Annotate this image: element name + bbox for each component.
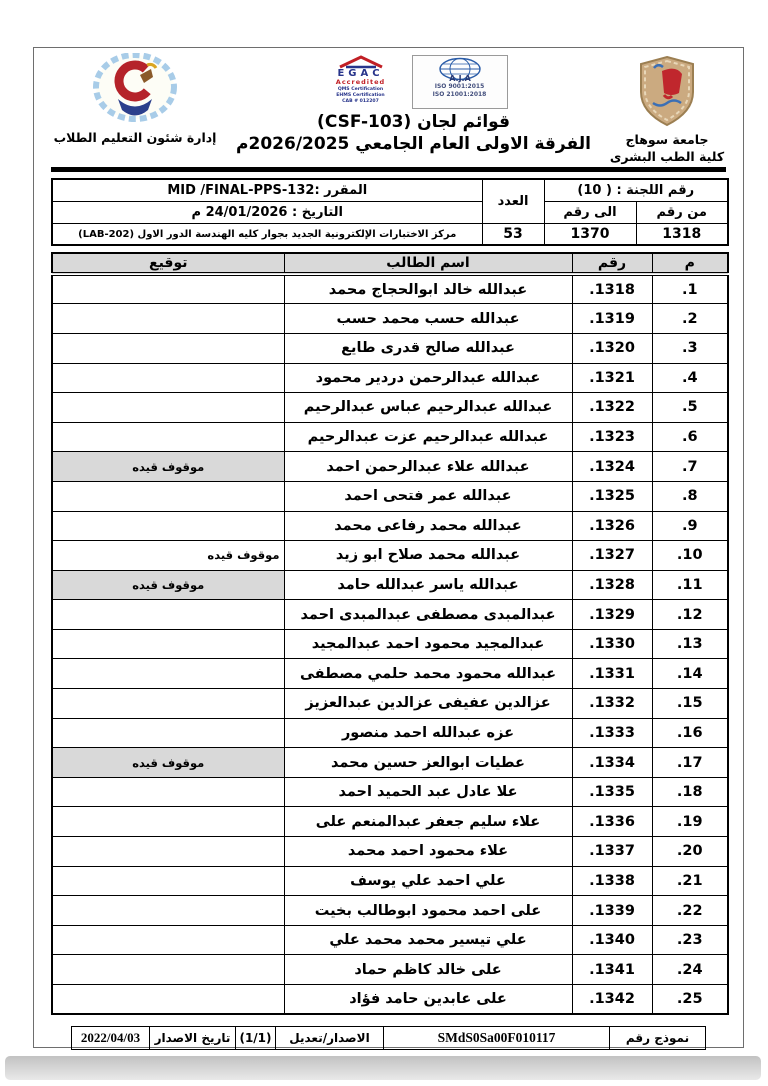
number-cell: 1339. — [572, 896, 652, 926]
egac-accredited-label: Accredited — [336, 79, 385, 87]
table-header-row: م رقم اسم الطالب توقيع — [52, 253, 728, 274]
number-cell: 1322. — [572, 393, 652, 423]
signature-cell — [52, 925, 284, 955]
table-row: 1.1318.عبدالله خالد ابوالحجاج محمد — [52, 274, 728, 304]
signature-cell — [52, 689, 284, 719]
serial-cell: 11. — [652, 570, 728, 600]
name-cell: عبدالله عمر فتحى احمد — [284, 481, 572, 511]
signature-column-header: توقيع — [52, 253, 284, 274]
document-subtitle: الفرقة الاولى العام الجامعي 2026/2025م — [219, 134, 608, 154]
serial-cell: 19. — [652, 807, 728, 837]
table-row: 24.1341.على خالد كاظم حماد — [52, 955, 728, 985]
count-label: العدد — [482, 179, 544, 223]
signature-cell — [52, 274, 284, 304]
page-bottom-shadow — [5, 1056, 761, 1080]
table-row: 22.1339.على احمد محمود ابوطالب بخيت — [52, 896, 728, 926]
from-number-value: 1318 — [636, 223, 728, 245]
name-cell: علي تيسير محمد محمد علي — [284, 925, 572, 955]
serial-cell: 15. — [652, 689, 728, 719]
table-row: 23.1340.علي تيسير محمد محمد علي — [52, 925, 728, 955]
signature-cell — [52, 600, 284, 630]
table-row: 10.1327.عبدالله محمد صلاح ابو زيدموقوف ق… — [52, 541, 728, 571]
signature-cell: موقوف قيده — [52, 541, 284, 571]
signature-cell — [52, 896, 284, 926]
serial-cell: 2. — [652, 304, 728, 334]
document-title: قوائم لجان (CSF-103) — [219, 112, 608, 132]
table-row: 14.1331.عبدالله محمود محمد حلمي مصطفى — [52, 659, 728, 689]
number-cell: 1331. — [572, 659, 652, 689]
number-cell: 1318. — [572, 274, 652, 304]
number-cell: 1319. — [572, 304, 652, 334]
signature-cell — [52, 955, 284, 985]
table-row: 3.1320.عبدالله صالح قدرى طايع — [52, 333, 728, 363]
number-cell: 1333. — [572, 718, 652, 748]
form-code: SMdS0Sa00F010117 — [384, 1027, 610, 1050]
name-cell: عبدالله ياسر عبدالله حامد — [284, 570, 572, 600]
issue-date-value: 2022/04/03 — [72, 1027, 150, 1050]
name-cell: عبدالمجيد محمود احمد عبدالمجيد — [284, 629, 572, 659]
serial-cell: 21. — [652, 866, 728, 896]
exam-location: مركز الاختبارات الإلكترونية الجديد بجوار… — [52, 223, 482, 245]
egac-roof-icon — [338, 55, 384, 69]
number-cell: 1340. — [572, 925, 652, 955]
serial-cell: 17. — [652, 748, 728, 778]
name-cell: عبدالله علاء عبدالرحمن احمد — [284, 452, 572, 482]
signature-cell — [52, 422, 284, 452]
signature-cell — [52, 629, 284, 659]
number-cell: 1324. — [572, 452, 652, 482]
serial-cell: 9. — [652, 511, 728, 541]
version-label: الاصدار/تعديل — [276, 1027, 384, 1050]
name-cell: علاء محمود احمد محمد — [284, 837, 572, 867]
form-number-label: نموذج رقم — [610, 1027, 706, 1050]
name-cell: علا عادل عبد الحميد احمد — [284, 777, 572, 807]
table-row: 19.1336.علاء سليم جعفر عبدالمنعم على — [52, 807, 728, 837]
students-table: م رقم اسم الطالب توقيع 1.1318.عبدالله خا… — [51, 252, 729, 1015]
aja-globe-icon: A.J.A — [437, 57, 483, 83]
signature-cell — [52, 511, 284, 541]
signature-cell — [52, 304, 284, 334]
signature-cell: موقوف قيده — [52, 570, 284, 600]
serial-cell: 22. — [652, 896, 728, 926]
name-cell: عبدالله محمد صلاح ابو زيد — [284, 541, 572, 571]
university-logo — [636, 112, 698, 131]
number-cell: 1328. — [572, 570, 652, 600]
signature-cell — [52, 985, 284, 1015]
number-cell: 1341. — [572, 955, 652, 985]
accreditation-badges: EGAC Accredited QMS Certification EHMS C… — [219, 55, 608, 109]
table-row: 18.1335.علا عادل عبد الحميد احمد — [52, 777, 728, 807]
version-value: (1/1) — [236, 1027, 276, 1050]
signature-cell — [52, 481, 284, 511]
table-row: 6.1323.عبدالله عبدالرحيم عزت عبدالرحيم — [52, 422, 728, 452]
table-row: 16.1333.عزه عبدالله احمد منصور — [52, 718, 728, 748]
number-cell: 1342. — [572, 985, 652, 1015]
document-header: جامعة سوهاج كلية الطب البشرى EGAC Accred… — [51, 53, 726, 164]
issue-date-label: تاريخ الاصدار — [150, 1027, 236, 1050]
student-table-body: 1.1318.عبدالله خالد ابوالحجاج محمد2.1319… — [52, 274, 728, 1014]
number-cell: 1332. — [572, 689, 652, 719]
number-column-header: رقم — [572, 253, 652, 274]
course-label: المقرر :MID /FINAL-PPS-132 — [52, 179, 482, 201]
serial-cell: 5. — [652, 393, 728, 423]
from-number-label: من رقم — [636, 201, 728, 223]
name-cell: عبدالله محمود محمد حلمي مصطفى — [284, 659, 572, 689]
serial-cell: 8. — [652, 481, 728, 511]
serial-cell: 13. — [652, 629, 728, 659]
serial-cell: 20. — [652, 837, 728, 867]
name-cell: على عابدين حامد فؤاد — [284, 985, 572, 1015]
number-cell: 1338. — [572, 866, 652, 896]
egac-accreditation-badge: EGAC Accredited QMS Certification EHMS C… — [320, 55, 402, 109]
table-row: 9.1326.عبدالله محمد رفاعى محمد — [52, 511, 728, 541]
name-cell: عبدالله صالح قدرى طايع — [284, 333, 572, 363]
number-cell: 1337. — [572, 837, 652, 867]
signature-cell — [52, 718, 284, 748]
serial-cell: 18. — [652, 777, 728, 807]
university-caption-line1: جامعة سوهاج — [608, 132, 726, 148]
serial-cell: 10. — [652, 541, 728, 571]
exam-info-table: رقم اللجنة : ( 10) العدد المقرر :MID /FI… — [51, 178, 729, 246]
to-number-label: الى رقم — [544, 201, 636, 223]
name-cell: عبدالله محمد رفاعى محمد — [284, 511, 572, 541]
name-cell: عبدالمبدى مصطفى عبدالمبدى احمد — [284, 600, 572, 630]
form-footer-table: نموذج رقم SMdS0Sa00F010117 الاصدار/تعديل… — [71, 1026, 706, 1050]
table-row: 12.1329.عبدالمبدى مصطفى عبدالمبدى احمد — [52, 600, 728, 630]
table-row: 5.1322.عبدالله عبدالرحيم عباس عبدالرحيم — [52, 393, 728, 423]
number-cell: 1335. — [572, 777, 652, 807]
signature-cell: موقوف قيده — [52, 748, 284, 778]
number-cell: 1327. — [572, 541, 652, 571]
signature-cell: موقوف قيده — [52, 452, 284, 482]
number-cell: 1326. — [572, 511, 652, 541]
serial-column-header: م — [652, 253, 728, 274]
signature-cell — [52, 807, 284, 837]
number-cell: 1330. — [572, 629, 652, 659]
serial-cell: 3. — [652, 333, 728, 363]
name-cell: عبدالله خالد ابوالحجاج محمد — [284, 274, 572, 304]
signature-cell — [52, 333, 284, 363]
name-cell: عزه عبدالله احمد منصور — [284, 718, 572, 748]
serial-cell: 14. — [652, 659, 728, 689]
table-row: 13.1330.عبدالمجيد محمود احمد عبدالمجيد — [52, 629, 728, 659]
department-block: إدارة شئون التعليم الطلاب — [51, 53, 219, 146]
signature-cell — [52, 866, 284, 896]
number-cell: 1323. — [572, 422, 652, 452]
egac-cert-line-3: CAB # 012207 — [342, 99, 379, 105]
serial-cell: 6. — [652, 422, 728, 452]
table-row: 2.1319.عبدالله حسب محمد حسب — [52, 304, 728, 334]
signature-cell — [52, 777, 284, 807]
department-caption: إدارة شئون التعليم الطلاب — [51, 130, 219, 146]
table-row: 17.1334.عطيات ابوالعز حسين محمدموقوف قيد… — [52, 748, 728, 778]
aja-iso-line-1: ISO 9001:2015 — [435, 83, 485, 91]
name-cell: علاء سليم جعفر عبدالمنعم على — [284, 807, 572, 837]
name-cell: عزالدين عفيفى عزالدين عبدالعزيز — [284, 689, 572, 719]
faculty-logo — [92, 110, 178, 129]
number-cell: 1320. — [572, 333, 652, 363]
serial-cell: 16. — [652, 718, 728, 748]
aja-iso-line-2: ISO 21001:2018 — [433, 91, 487, 99]
name-cell: عطيات ابوالعز حسين محمد — [284, 748, 572, 778]
table-row: 25.1342.على عابدين حامد فؤاد — [52, 985, 728, 1015]
aja-iso-badge: A.J.A ISO 9001:2015 ISO 21001:2018 — [412, 55, 508, 109]
number-cell: 1321. — [572, 363, 652, 393]
number-cell: 1334. — [572, 748, 652, 778]
signature-cell — [52, 837, 284, 867]
header-divider-rule — [51, 167, 726, 172]
table-row: 4.1321.عبدالله عبدالرحمن دردير محمود — [52, 363, 728, 393]
serial-cell: 23. — [652, 925, 728, 955]
committee-number-label: رقم اللجنة : ( 10) — [544, 179, 728, 201]
serial-cell: 7. — [652, 452, 728, 482]
name-cell: على خالد كاظم حماد — [284, 955, 572, 985]
name-cell: عبدالله عبدالرحيم عزت عبدالرحيم — [284, 422, 572, 452]
table-row: 8.1325.عبدالله عمر فتحى احمد — [52, 481, 728, 511]
name-column-header: اسم الطالب — [284, 253, 572, 274]
table-row: 21.1338.علي احمد علي يوسف — [52, 866, 728, 896]
serial-cell: 24. — [652, 955, 728, 985]
table-row: 7.1324.عبدالله علاء عبدالرحمن احمدموقوف … — [52, 452, 728, 482]
number-cell: 1329. — [572, 600, 652, 630]
name-cell: عبدالله عبدالرحمن دردير محمود — [284, 363, 572, 393]
signature-cell — [52, 363, 284, 393]
signature-cell — [52, 393, 284, 423]
serial-cell: 12. — [652, 600, 728, 630]
table-row: 11.1328.عبدالله ياسر عبدالله حامدموقوف ق… — [52, 570, 728, 600]
exam-date-label: التاريخ : 24/01/2026 م — [52, 201, 482, 223]
serial-cell: 4. — [652, 363, 728, 393]
number-cell: 1325. — [572, 481, 652, 511]
scanned-page: جامعة سوهاج كلية الطب البشرى EGAC Accred… — [33, 47, 744, 1048]
table-row: 15.1332.عزالدين عفيفى عزالدين عبدالعزيز — [52, 689, 728, 719]
svg-text:A.J.A: A.J.A — [449, 74, 471, 83]
university-caption-line2: كلية الطب البشرى — [608, 149, 726, 165]
serial-cell: 1. — [652, 274, 728, 304]
table-row: 20.1337.علاء محمود احمد محمد — [52, 837, 728, 867]
name-cell: علي احمد علي يوسف — [284, 866, 572, 896]
header-center: EGAC Accredited QMS Certification EHMS C… — [219, 53, 608, 154]
name-cell: عبدالله عبدالرحيم عباس عبدالرحيم — [284, 393, 572, 423]
count-value: 53 — [482, 223, 544, 245]
name-cell: عبدالله حسب محمد حسب — [284, 304, 572, 334]
name-cell: على احمد محمود ابوطالب بخيت — [284, 896, 572, 926]
serial-cell: 25. — [652, 985, 728, 1015]
document-page: { "colors":{"table_header_bg":"#d9d9d9",… — [0, 0, 768, 1086]
number-cell: 1336. — [572, 807, 652, 837]
signature-cell — [52, 659, 284, 689]
university-block: جامعة سوهاج كلية الطب البشرى — [608, 53, 726, 164]
to-number-value: 1370 — [544, 223, 636, 245]
